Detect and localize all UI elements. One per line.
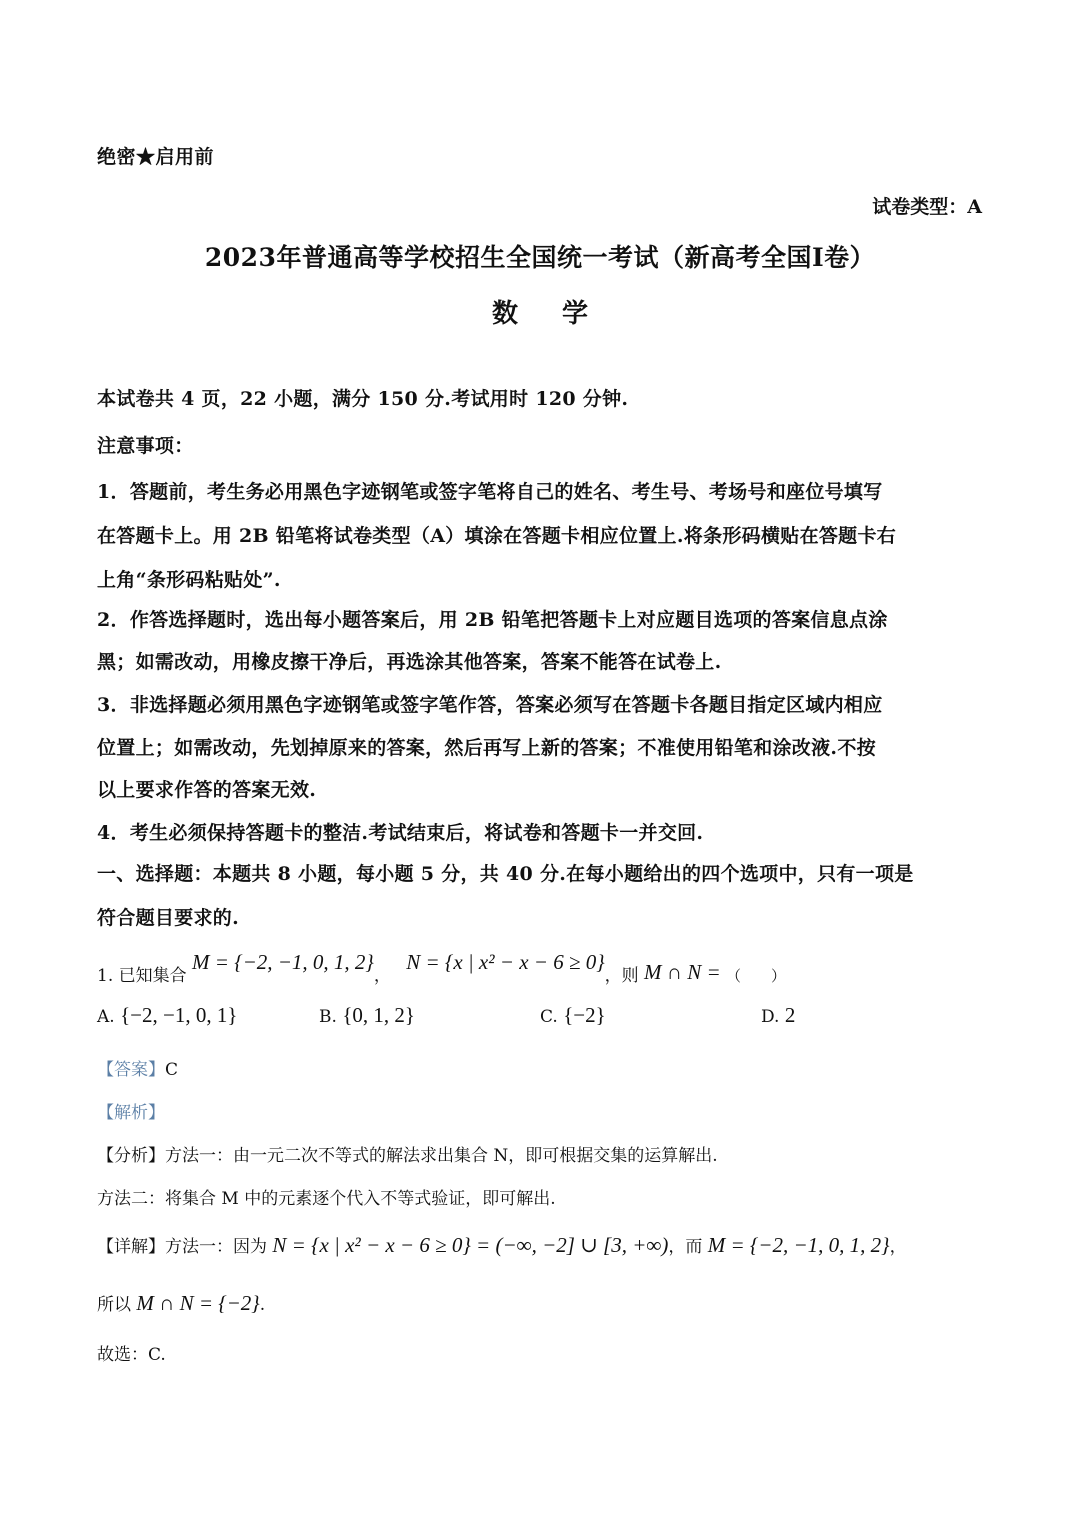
option-b-label: B.	[319, 1007, 337, 1027]
section-heading-line-1: 一、选择题：本题共 8 小题，每小题 5 分，共 40 分.在每小题给出的四个选…	[97, 859, 985, 886]
detail-n-expression: N = {x | x² − x − 6 ≥ 0} = (−∞, −2] ∪ [3…	[272, 1233, 668, 1257]
note-3-line-2: 位置上；如需改动，先划掉原来的答案，然后再写上新的答案；不准使用铅笔和涂改液.不…	[97, 733, 985, 760]
notes-heading: 注意事项：	[97, 431, 985, 458]
note-1-line-3: 上角“条形码粘贴处”.	[97, 565, 985, 592]
detail-end: ，	[890, 1237, 907, 1257]
answer-blank: （ ）	[726, 967, 786, 985]
question-1-prefix: 1. 已知集合	[97, 966, 187, 986]
question-1-options: A. {−2, −1, 0, 1} B. {0, 1, 2} C. {−2} D…	[97, 1003, 997, 1033]
intersection-expression: M ∩ N =	[644, 960, 721, 984]
paper-type-label: 试卷类型：A	[872, 192, 982, 219]
exam-title: 2023年普通高等学校招生全国统一考试（新高考全国I卷）	[0, 238, 1080, 274]
option-b-value: {0, 1, 2}	[342, 1003, 415, 1027]
note-4-line-1: 4．考生必须保持答题卡的整洁.考试结束后，将试卷和答题卡一并交回.	[97, 818, 985, 845]
option-d-value: 2	[785, 1003, 796, 1027]
set-n-expression: N = {x | x² − x − 6 ≥ 0}	[406, 950, 604, 974]
method-2-line: 方法二：将集合 M 中的元素逐个代入不等式验证，即可解出.	[97, 1184, 556, 1209]
option-a-label: A.	[97, 1007, 115, 1027]
detail-line: 【详解】方法一：因为 N = {x | x² − x − 6 ≥ 0} = (−…	[97, 1232, 907, 1258]
option-a: A. {−2, −1, 0, 1}	[97, 1003, 237, 1028]
answer-marker: 【答案】	[97, 1060, 165, 1080]
separator: ，	[374, 966, 391, 986]
final-choice: 故选：C.	[97, 1340, 166, 1365]
confidential-label: 绝密★启用前	[97, 142, 214, 169]
option-c-label: C.	[540, 1007, 558, 1027]
option-d: D. 2	[761, 1003, 795, 1028]
option-c: C. {−2}	[540, 1003, 606, 1028]
answer-line: 【答案】C	[97, 1055, 178, 1080]
set-m-expression: M = {−2, −1, 0, 1, 2}	[192, 950, 374, 974]
conclusion-expression: M ∩ N = {−2}	[136, 1291, 259, 1315]
note-2-line-2: 黑；如需改动，用橡皮擦干净后，再选涂其他答案，答案不能答在试卷上.	[97, 647, 985, 674]
option-b: B. {0, 1, 2}	[319, 1003, 415, 1028]
option-a-value: {−2, −1, 0, 1}	[120, 1003, 237, 1027]
analysis-marker: 【解析】	[97, 1103, 165, 1123]
analysis-line: 【解析】	[97, 1098, 165, 1123]
fenxi-text: 方法一：由一元二次不等式的解法求出集合 N，即可根据交集的运算解出.	[165, 1146, 718, 1166]
note-1-line-2: 在答题卡上。用 2B 铅笔将试卷类型（A）填涂在答题卡相应位置上.将条形码横贴在…	[97, 521, 985, 548]
section-heading-line-2: 符合题目要求的.	[97, 903, 985, 930]
detail-mid: ，而	[668, 1237, 702, 1257]
option-c-value: {−2}	[563, 1003, 606, 1027]
note-3-line-1: 3．非选择题必须用黑色字迹钢笔或签字笔作答，答案必须写在答题卡各题目指定区域内相…	[97, 690, 985, 717]
detail-marker: 【详解】	[97, 1237, 165, 1257]
question-1-stem: 1. 已知集合 M = {−2, −1, 0, 1, 2}， N = {x | …	[97, 950, 786, 986]
note-2-line-1: 2．作答选择题时，选出每小题答案后，用 2B 铅笔把答题卡上对应题目选项的答案信…	[97, 605, 985, 632]
subject-char-2: 学	[562, 299, 588, 329]
note-1-line-1: 1．答题前，考生务必用黑色字迹钢笔或签字笔将自己的姓名、考生号、考场号和座位号填…	[97, 477, 985, 504]
note-3-line-3: 以上要求作答的答案无效.	[97, 775, 985, 802]
conclusion-end: .	[260, 1295, 265, 1315]
separator: ，则	[605, 966, 639, 986]
option-d-label: D.	[761, 1007, 779, 1027]
conclusion-line: 所以 M ∩ N = {−2}.	[97, 1290, 265, 1316]
subject-char-1: 数	[492, 299, 518, 329]
exam-summary: 本试卷共 4 页，22 小题，满分 150 分.考试用时 120 分钟.	[97, 384, 985, 411]
conclusion-prefix: 所以	[97, 1295, 131, 1315]
subject-title: 数学	[0, 293, 1080, 330]
fenxi-marker: 【分析】	[97, 1146, 165, 1166]
answer-value: C	[165, 1060, 178, 1080]
detail-m-expression: M = {−2, −1, 0, 1, 2}	[708, 1233, 890, 1257]
detail-prefix: 方法一：因为	[165, 1237, 267, 1257]
fenxi-line: 【分析】方法一：由一元二次不等式的解法求出集合 N，即可根据交集的运算解出.	[97, 1141, 718, 1166]
